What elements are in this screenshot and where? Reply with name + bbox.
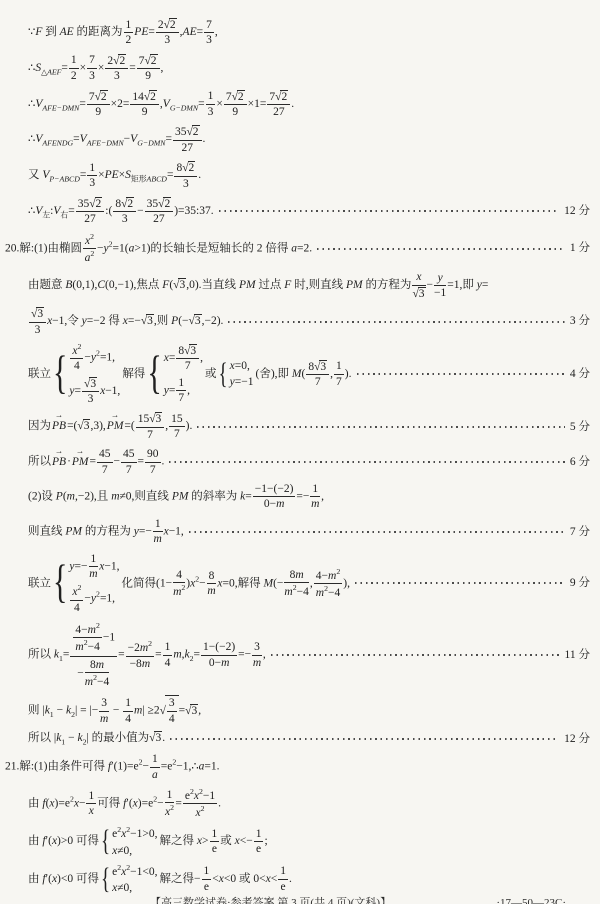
math-content: √33x−1,令 y=−2 得 x=−√3,则 P(−√3,−2).	[28, 306, 223, 337]
footer-caption: 【高三数学试卷·参考答案 第 3 页(共 4 页)(文科)】	[150, 897, 391, 904]
scanned-answer-page: ∵F 到 AE 的距离为12PE=2√23,AE=73,∴S△AEF=12×73…	[0, 0, 600, 904]
math-content: ∵F 到 AE 的距离为12PE=2√23,AE=73,	[28, 17, 218, 48]
footer-code: ·17—50—23C·	[496, 897, 566, 904]
math-line-10: 联立{x24−y2=1,y=√33x−1,解得{x=8√37,y=17,或{x=…	[0, 342, 600, 406]
dotted-leader	[357, 373, 565, 375]
math-line-17: 则 |k1 − k2| = |−3m − 14m| ≥2√34=√3,	[0, 695, 600, 726]
math-content: 21.解:(1)由条件可得 f′(1)=e2−1a=e2−1,∴a=1.	[5, 752, 220, 782]
score-mark: 6 分	[570, 455, 590, 469]
page-footer: 【高三数学试卷·参考答案 第 3 页(共 4 页)(文科)】 ·17—50—23…	[0, 897, 600, 904]
score-mark: 9 分	[570, 576, 590, 590]
math-line-16: 所以 k1=4−m2m2−4−1−8mm2−4=−2m2−8m=14m,k2=1…	[0, 620, 600, 690]
dotted-leader	[189, 531, 565, 533]
math-content: 所以PB·PM=457−457=907.	[28, 447, 164, 477]
math-content: 又 VP−ABCD=13×PE×S矩形ABCD=8√23.	[28, 160, 201, 191]
math-line-13: (2)设 P(m,−2),且 m≠0,则直线 PM 的斜率为 k=−1−(−2)…	[0, 482, 600, 512]
dotted-leader	[197, 426, 564, 428]
math-line-15: 联立{y=−1mx−1,x24−y2=1,化简得(1−4m2)x2−8mx=0,…	[0, 552, 600, 615]
math-content: ∴VAFE−DMN=7√29×2=14√29,VG−DMN=13×7√29×1=…	[28, 89, 294, 120]
math-content: (2)设 P(m,−2),且 m≠0,则直线 PM 的斜率为 k=−1−(−2)…	[28, 482, 324, 512]
math-line-9: √33x−1,令 y=−2 得 x=−√3,则 P(−√3,−2).3 分	[0, 306, 600, 337]
math-line-7: 20.解:(1)由椭圆x2a2−y2=1(a>1)的长轴长是短轴长的 2 倍得 …	[0, 232, 600, 265]
math-content: 由题意 B(0,1),C(0,−1),焦点 F(√3,0).当直线 PM 过点 …	[28, 270, 488, 301]
score-mark: 4 分	[570, 367, 590, 381]
score-mark: 3 分	[570, 314, 590, 328]
math-content: 联立{y=−1mx−1,x24−y2=1,化简得(1−4m2)x2−8mx=0,…	[28, 552, 350, 615]
math-line-19: 21.解:(1)由条件可得 f′(1)=e2−1a=e2−1,∴a=1.	[0, 752, 600, 782]
math-line-14: 则直线 PM 的方程为 y=−1mx−1,7 分	[0, 517, 600, 547]
math-content: 所以 k1=4−m2m2−4−1−8mm2−4=−2m2−8m=14m,k2=1…	[28, 620, 266, 690]
score-mark: 1 分	[570, 241, 590, 255]
math-line-20: 由 f(x)=e2x−1x可得 f′(x)=e2−1x2=e2x2−1x2.	[0, 787, 600, 820]
math-content: 由 f′(x)<0 可得{e2x2−1<0,x≠0,解之得−1e<x<0 或 0…	[28, 863, 292, 896]
math-content: 则 |k1 − k2| = |−3m − 14m| ≥2√34=√3,	[28, 695, 201, 726]
math-line-18: 所以 |k1 − k2| 的最小值为√3.12 分	[0, 731, 600, 747]
score-mark: 12 分	[564, 204, 590, 218]
math-content: 20.解:(1)由椭圆x2a2−y2=1(a>1)的长轴长是短轴长的 2 倍得 …	[5, 232, 312, 265]
math-line-4: ∴VAFENDG=VAFE−DMN−VG−DMN=35√227.	[0, 124, 600, 155]
math-content: 则直线 PM 的方程为 y=−1mx−1,	[28, 517, 184, 547]
dotted-leader	[170, 738, 559, 740]
math-line-22: 由 f′(x)<0 可得{e2x2−1<0,x≠0,解之得−1e<x<0 或 0…	[0, 863, 600, 896]
dotted-leader	[271, 654, 560, 656]
math-content: ∴V左:V右=35√227:(8√23−35√227)=35:37.	[28, 196, 214, 227]
dotted-leader	[228, 321, 564, 323]
score-mark: 11 分	[565, 648, 590, 662]
score-mark: 12 分	[564, 732, 590, 746]
score-mark: 5 分	[570, 420, 590, 434]
dotted-leader	[355, 582, 565, 584]
math-line-1: ∵F 到 AE 的距离为12PE=2√23,AE=73,	[0, 17, 600, 48]
math-line-3: ∴VAFE−DMN=7√29×2=14√29,VG−DMN=13×7√29×1=…	[0, 89, 600, 120]
math-content: 联立{x24−y2=1,y=√33x−1,解得{x=8√37,y=17,或{x=…	[28, 342, 352, 406]
math-content: ∴VAFENDG=VAFE−DMN−VG−DMN=35√227.	[28, 124, 205, 155]
math-line-6: ∴V左:V右=35√227:(8√23−35√227)=35:37.12 分	[0, 196, 600, 227]
math-content: 由 f(x)=e2x−1x可得 f′(x)=e2−1x2=e2x2−1x2.	[28, 787, 221, 820]
dotted-leader	[219, 210, 560, 212]
dotted-leader	[169, 461, 564, 463]
math-content: ∴S△AEF=12×73×2√23=7√29,	[28, 53, 163, 84]
math-content: 由 f′(x)>0 可得{e2x2−1>0,x≠0,解之得 x>1e或 x<−1…	[28, 825, 268, 858]
dotted-leader	[317, 248, 565, 250]
math-line-5: 又 VP−ABCD=13×PE×S矩形ABCD=8√23.	[0, 160, 600, 191]
math-line-11: 因为PB=(√3,3),PM=(15√37,157).5 分	[0, 411, 600, 442]
math-line-8: 由题意 B(0,1),C(0,−1),焦点 F(√3,0).当直线 PM 过点 …	[0, 270, 600, 301]
answer-lines: ∵F 到 AE 的距离为12PE=2√23,AE=73,∴S△AEF=12×73…	[0, 17, 600, 896]
math-line-2: ∴S△AEF=12×73×2√23=7√29,	[0, 53, 600, 84]
math-content: 因为PB=(√3,3),PM=(15√37,157).	[28, 411, 192, 442]
math-content: 所以 |k1 − k2| 的最小值为√3.	[28, 731, 165, 747]
math-line-12: 所以PB·PM=457−457=907.6 分	[0, 447, 600, 477]
math-line-21: 由 f′(x)>0 可得{e2x2−1>0,x≠0,解之得 x>1e或 x<−1…	[0, 825, 600, 858]
score-mark: 7 分	[570, 525, 590, 539]
